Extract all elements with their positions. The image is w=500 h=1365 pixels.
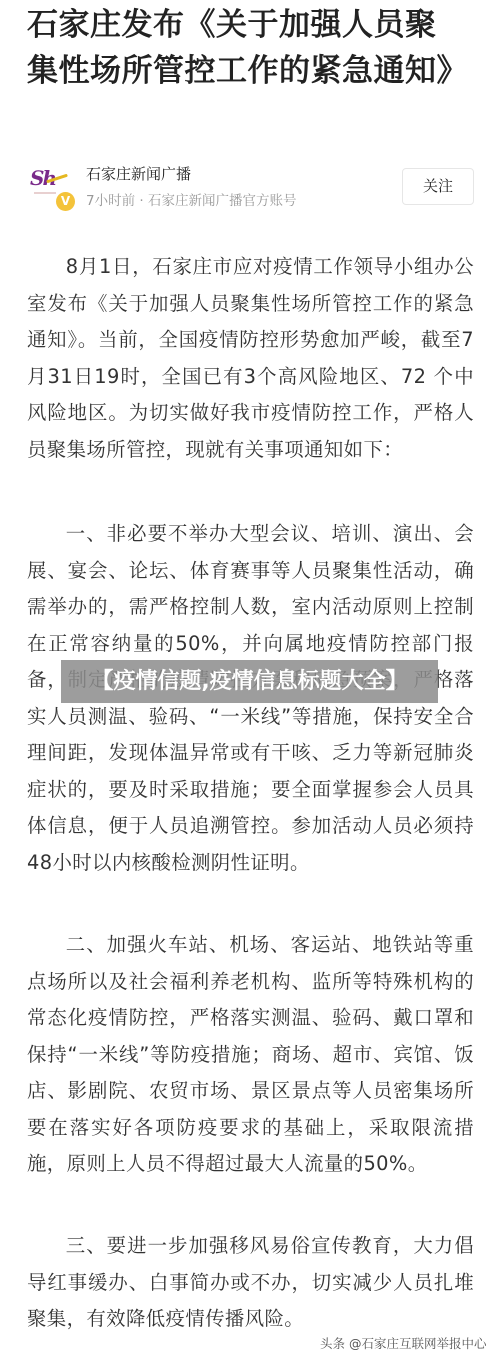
article-paragraph-intro: 8月1日，石家庄市应对疫情工作领导小组办公室发布《关于加强人员聚集性场所管控工作… bbox=[27, 249, 474, 468]
verified-badge-icon: V bbox=[56, 192, 75, 211]
logo-subtext-icon bbox=[34, 192, 56, 194]
follow-button[interactable]: 关注 bbox=[402, 168, 474, 205]
overlay-title-banner: 【疫情信题,疫情信息标题大全】 bbox=[61, 660, 438, 703]
avatar[interactable]: Sh V bbox=[26, 166, 76, 210]
watermark: 头条 @石家庄互联网举报中心 bbox=[320, 1334, 486, 1352]
author-row: Sh V 石家庄新闻广播 7小时前 · 石家庄新闻广播官方账号 关注 bbox=[26, 160, 476, 220]
article-paragraph-3: 三、要进一步加强移风易俗宣传教育，大力倡导红事缓办、白事简办或不办，切实减少人员… bbox=[27, 1228, 474, 1338]
article-title: 石家庄发布《关于加强人员聚集性场所管控工作的紧急通知》 bbox=[27, 2, 467, 94]
article-paragraph-2: 二、加强火车站、机场、客运站、地铁站等重点场所以及社会福利养老机构、监所等特殊机… bbox=[27, 927, 474, 1183]
author-name[interactable]: 石家庄新闻广播 bbox=[86, 163, 191, 184]
author-meta: 7小时前 · 石家庄新闻广播官方账号 bbox=[86, 189, 296, 209]
